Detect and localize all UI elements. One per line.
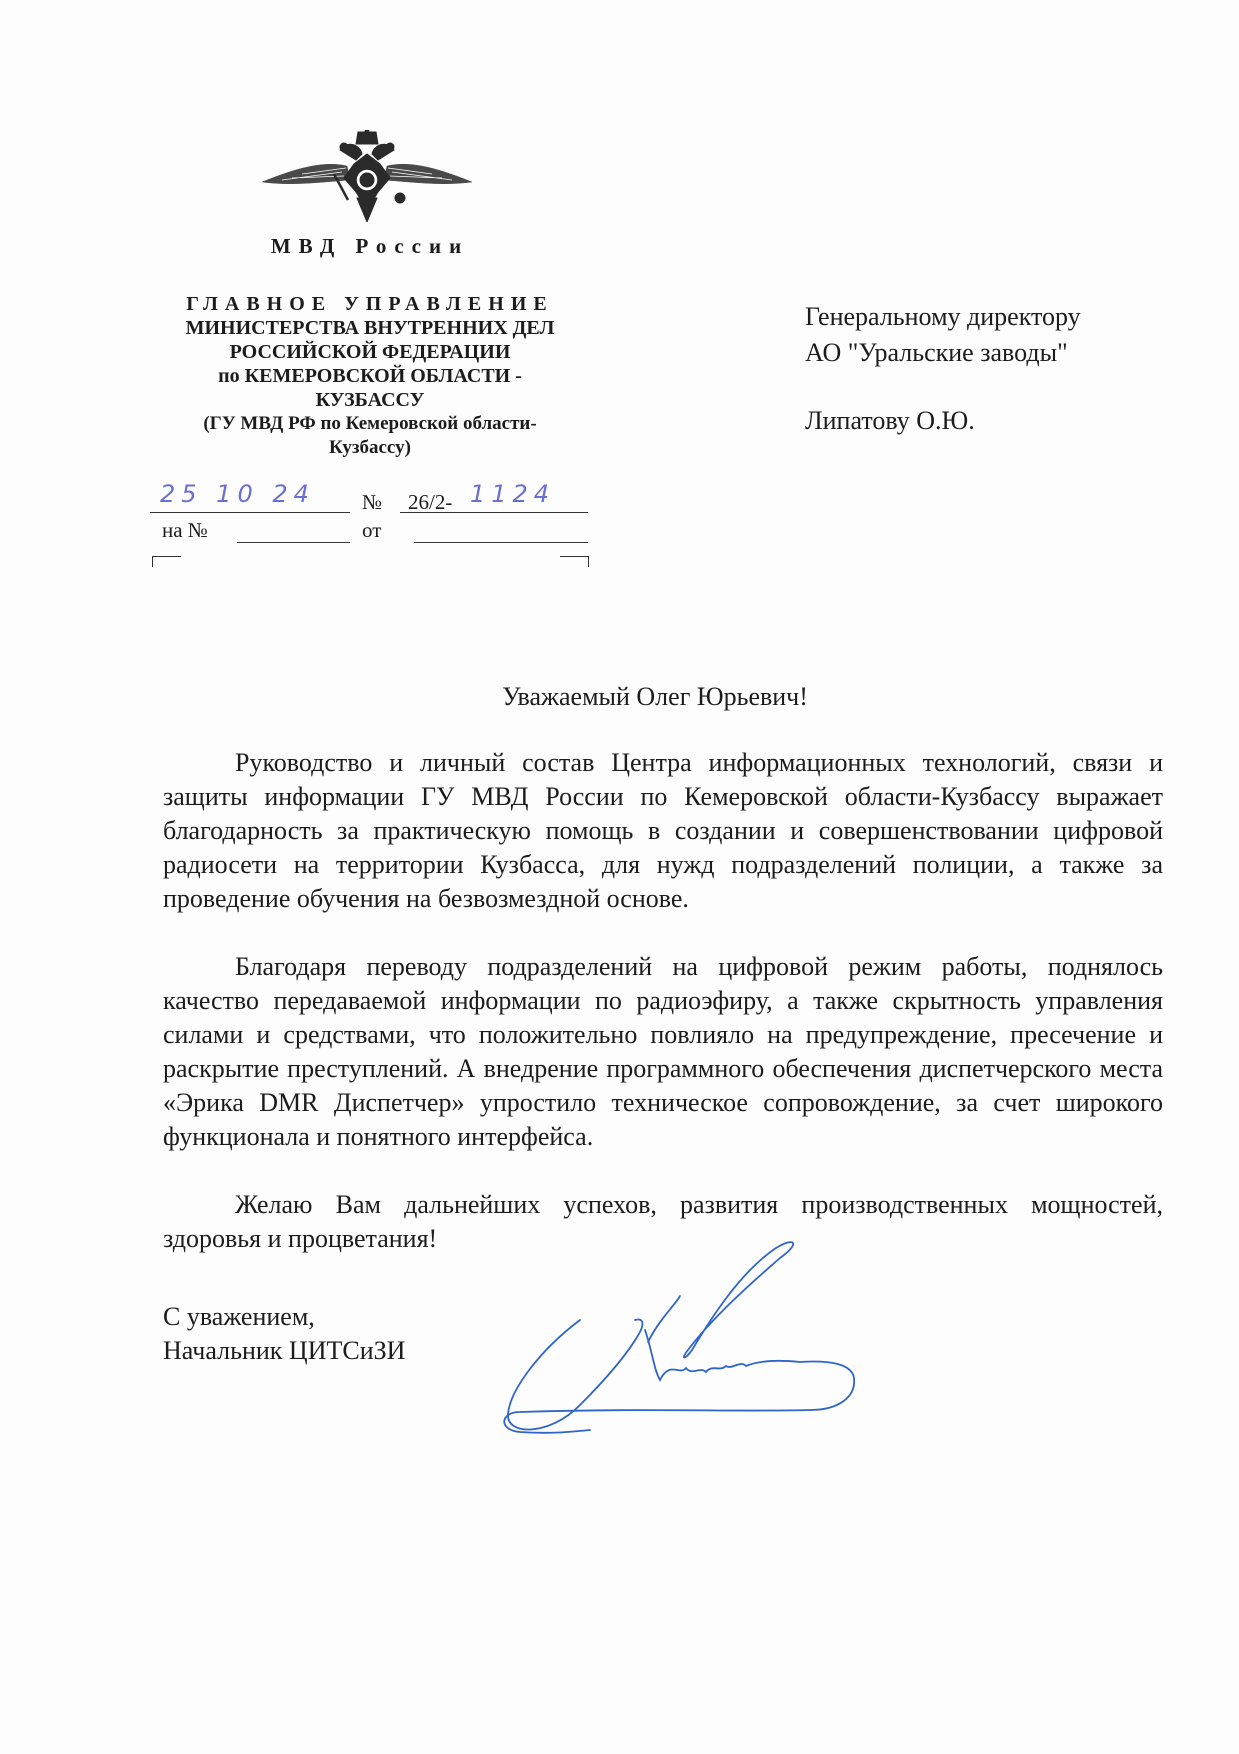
org-line-2: МИНИСТЕРСТВА ВНУТРЕННИХ ДЕЛ bbox=[150, 316, 590, 340]
corner-bracket-right bbox=[560, 556, 589, 567]
addressee-name: Липатову О.Ю. bbox=[805, 406, 975, 436]
reply-number-label: на № bbox=[162, 518, 208, 543]
handwritten-number: 1124 bbox=[470, 480, 555, 508]
corner-bracket-left bbox=[152, 556, 181, 567]
date-underline bbox=[150, 512, 350, 513]
number-underline bbox=[400, 512, 588, 513]
addressee-line-2: АО "Уральские заводы" bbox=[805, 338, 1068, 368]
org-line-3: РОССИЙСКОЙ ФЕДЕРАЦИИ bbox=[150, 340, 590, 364]
addressee-line-1: Генеральному директору bbox=[805, 302, 1081, 332]
org-line-5: КУЗБАССУ bbox=[150, 388, 590, 412]
paragraph-1: Руководство и личный состав Центра инфор… bbox=[163, 746, 1163, 916]
org-line-4: по КЕМЕРОВСКОЙ ОБЛАСТИ - bbox=[150, 364, 590, 388]
from-date-field bbox=[414, 542, 588, 543]
org-line-1: ГЛАВНОЕ УПРАВЛЕНИЕ bbox=[150, 293, 590, 316]
greeting: Уважаемый Олег Юрьевич! bbox=[150, 682, 1160, 712]
signer-position: Начальник ЦИТСиЗИ bbox=[163, 1336, 405, 1366]
ministry-short-name: МВД России bbox=[150, 234, 590, 259]
org-line-7: Кузбассу) bbox=[150, 436, 590, 460]
paragraph-2: Благодаря переводу подразделений на цифр… bbox=[163, 950, 1163, 1154]
org-line-6: (ГУ МВД РФ по Кемеровской области- bbox=[150, 412, 590, 436]
reply-number-field bbox=[237, 542, 350, 543]
closing-salutation: С уважением, bbox=[163, 1302, 315, 1332]
number-label: № bbox=[362, 490, 382, 515]
handwritten-date: 25 10 24 bbox=[160, 480, 315, 508]
signature-icon bbox=[480, 1200, 920, 1460]
from-label: от bbox=[362, 518, 381, 543]
mvd-eagle-emblem-icon bbox=[262, 130, 472, 222]
